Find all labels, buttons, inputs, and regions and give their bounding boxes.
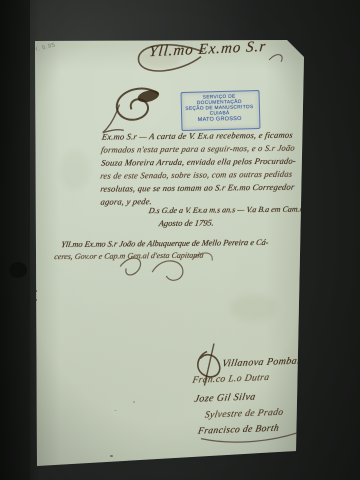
ink-spiral-tail [102, 104, 123, 132]
signature: Villanova Pombal [221, 356, 301, 370]
body-line: Ex.mo S.r — A carta de V. Ex.a recebemos… [101, 130, 293, 142]
ink-layer: Yll.mo Ex.mo S.r Ex.mo S.r — A carta de … [0, 0, 360, 480]
body-line: agora, y pede. [100, 196, 153, 207]
body-line: formados n'esta parte para a seguir-mos,… [100, 143, 295, 155]
manuscript-paper: H. 6.95 Yll.mo Ex.mo S.r [0, 0, 360, 480]
left-black-strip [0, 0, 30, 480]
signature: Francisco de Borth [197, 424, 280, 437]
addressee-line: ceres, Gov.or e Cap.m Gen.al d'esta Capi… [54, 251, 205, 262]
addressee-rubric [120, 258, 141, 275]
salutation-tail-flourish [269, 55, 282, 62]
addressee-line: Yll.mo Ex.mo S.r João de Albuquerque de … [61, 238, 270, 249]
ink-spiral-paraph [117, 88, 159, 120]
signature: Sylvestre de Prado [204, 408, 284, 421]
binding-clip-shadow [9, 262, 27, 278]
signature-rubric [198, 351, 220, 377]
body-line: res de este Senado, sobre isso, com as o… [100, 169, 293, 181]
signature: Joze Gil Silva [194, 391, 257, 404]
stamp-line: MATO GROSSO [182, 115, 257, 122]
dateline: D.s G.de a V. Ex.a m.s an.s — V.a B.a em… [148, 204, 342, 215]
salutation-line: Yll.mo Ex.mo S.r [148, 39, 267, 61]
body-line: Souza Moreira Arruda, enviada ella pelos… [101, 156, 297, 168]
archive-stamp-text: SERVIÇO DE DOCUMENTAÇÃO SEÇÃO DE MANUSCR… [182, 91, 258, 123]
body-line: resolutas, que se nos tomam ao S.r Ex.mo… [100, 182, 295, 194]
addressee-rubric [152, 261, 183, 281]
dateline: Agosto de 1795. [158, 217, 214, 228]
photo-of-document: H. 6.95 Yll.mo Ex.mo S.r [0, 0, 360, 480]
archive-stamp: SERVIÇO DE DOCUMENTAÇÃO SEÇÃO DE MANUSCR… [181, 90, 261, 131]
ink-blot [136, 88, 160, 104]
signature: Fran.co L.o Dutra [192, 373, 271, 386]
